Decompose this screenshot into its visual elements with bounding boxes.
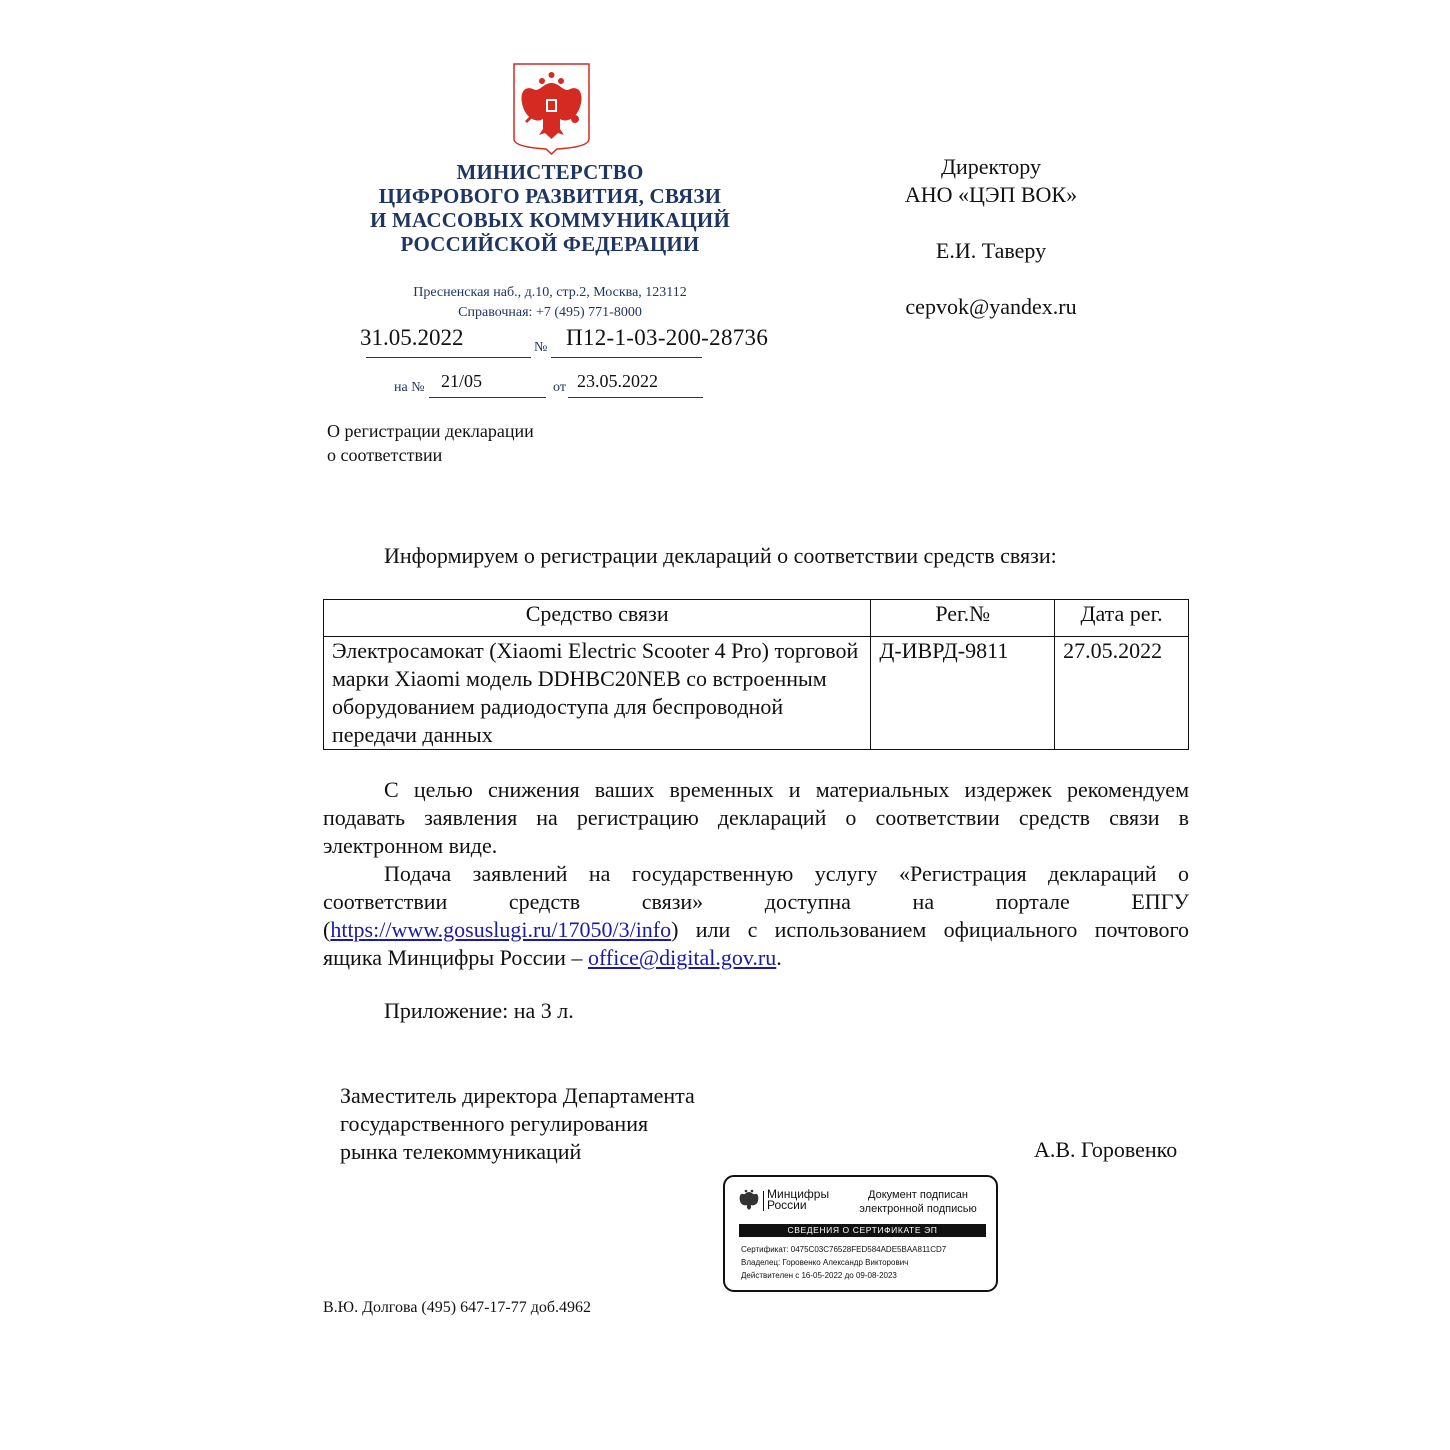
body-paragraphs: С целью снижения ваших временных и матер…	[323, 776, 1189, 972]
recommendation-paragraph: С целью снижения ваших временных и матер…	[323, 776, 1189, 860]
stamp-signed-text: Документ подписан электронной подписью	[847, 1188, 989, 1216]
number-label: №	[534, 340, 547, 356]
executor-contact: В.Ю. Долгова (495) 647-17-77 доб.4962	[323, 1299, 591, 1317]
header-device: Средство связи	[324, 600, 871, 637]
brand-line: России	[767, 1200, 829, 1211]
cell-device: Электросамокат (Xiaomi Electric Scooter …	[324, 637, 871, 750]
ministry-line: РОССИЙСКОЙ ФЕДЕРАЦИИ	[340, 232, 760, 256]
reply-from-underline	[568, 397, 703, 398]
coat-of-arms-icon	[513, 63, 590, 155]
date-underline	[366, 357, 531, 358]
signer-title-line: государственного регулирования	[340, 1110, 695, 1138]
certificate-owner: Владелец: Горовенко Александр Викторович	[741, 1256, 946, 1269]
certificate-info-bar: СВЕДЕНИЯ О СЕРТИФИКАТЕ ЭП	[739, 1224, 986, 1237]
ministry-contacts: Пресненская наб., д.10, стр.2, Москва, 1…	[340, 283, 760, 323]
signer-title-line: рынка телекоммуникаций	[340, 1138, 695, 1166]
header-reg-number: Рег.№	[871, 600, 1055, 637]
reply-to-label: на №	[394, 380, 425, 396]
subject-line: о соответствии	[327, 443, 534, 467]
cell-reg-number: Д-ИВРД-9811	[871, 637, 1055, 750]
signer-title-line: Заместитель директора Департамента	[340, 1082, 695, 1110]
ministry-address: Пресненская наб., д.10, стр.2, Москва, 1…	[340, 283, 760, 303]
certificate-details: Сертификат: 0475C03C76528FED584ADE5BAA81…	[741, 1243, 946, 1282]
recipient-email: cepvok@yandex.ru	[880, 293, 1102, 321]
signed-line: Документ подписан	[847, 1188, 989, 1202]
submission-paragraph: Подача заявлений на государственную услу…	[323, 860, 1189, 972]
reply-to-underline	[429, 397, 546, 398]
signed-line: электронной подписью	[847, 1202, 989, 1216]
signer-name: А.В. Горовенко	[1034, 1137, 1177, 1163]
reply-from-date: 23.05.2022	[577, 371, 658, 392]
signer-title: Заместитель директора Департамента госуд…	[340, 1082, 695, 1166]
ministry-line: МИНИСТЕРСТВО	[340, 160, 760, 184]
number-underline	[551, 357, 702, 358]
appendix-note: Приложение: на 3 л.	[384, 998, 574, 1024]
table-row: Электросамокат (Xiaomi Electric Scooter …	[324, 637, 1189, 750]
recipient-organization: АНО «ЦЭП ВОК»	[880, 181, 1102, 209]
certificate-validity: Действителен с 16-05-2022 до 09-08-2023	[741, 1269, 946, 1282]
ministry-phone: Справочная: +7 (495) 771-8000	[340, 303, 760, 323]
paragraph-text: .	[776, 945, 782, 970]
e-signature-stamp: Минцифры России Документ подписан электр…	[723, 1175, 998, 1292]
recipient-name: Е.И. Таверу	[880, 237, 1102, 265]
intro-text: Информируем о регистрации деклараций о с…	[384, 543, 1057, 569]
declarations-table: Средство связи Рег.№ Дата рег. Электроса…	[323, 599, 1189, 750]
letter-subject: О регистрации декларации о соответствии	[327, 419, 534, 467]
cell-reg-date: 27.05.2022	[1055, 637, 1189, 750]
ministry-line: И МАССОВЫХ КОММУНИКАЦИЙ	[340, 208, 760, 232]
gosuslugi-link[interactable]: https://www.gosuslugi.ru/17050/3/info	[330, 917, 671, 942]
eagle-icon	[739, 1189, 759, 1211]
outgoing-date: 31.05.2022	[360, 325, 464, 351]
stamp-brand: Минцифры России	[767, 1189, 829, 1211]
outgoing-number: П12-1-03-200-28736	[566, 325, 768, 351]
recipient-position: Директору	[880, 153, 1102, 181]
reply-from-label: от	[553, 380, 566, 396]
certificate-number: Сертификат: 0475C03C76528FED584ADE5BAA81…	[741, 1243, 946, 1256]
subject-line: О регистрации декларации	[327, 419, 534, 443]
ministry-line: ЦИФРОВОГО РАЗВИТИЯ, СВЯЗИ	[340, 184, 760, 208]
header-reg-date: Дата рег.	[1055, 600, 1189, 637]
ministry-title: МИНИСТЕРСТВО ЦИФРОВОГО РАЗВИТИЯ, СВЯЗИ И…	[340, 160, 760, 256]
office-email-link[interactable]: office@digital.gov.ru	[588, 945, 776, 970]
recipient-block: Директору АНО «ЦЭП ВОК» Е.И. Таверу cepv…	[880, 153, 1102, 321]
reply-to-number: 21/05	[441, 371, 482, 392]
logo-divider	[763, 1191, 764, 1211]
